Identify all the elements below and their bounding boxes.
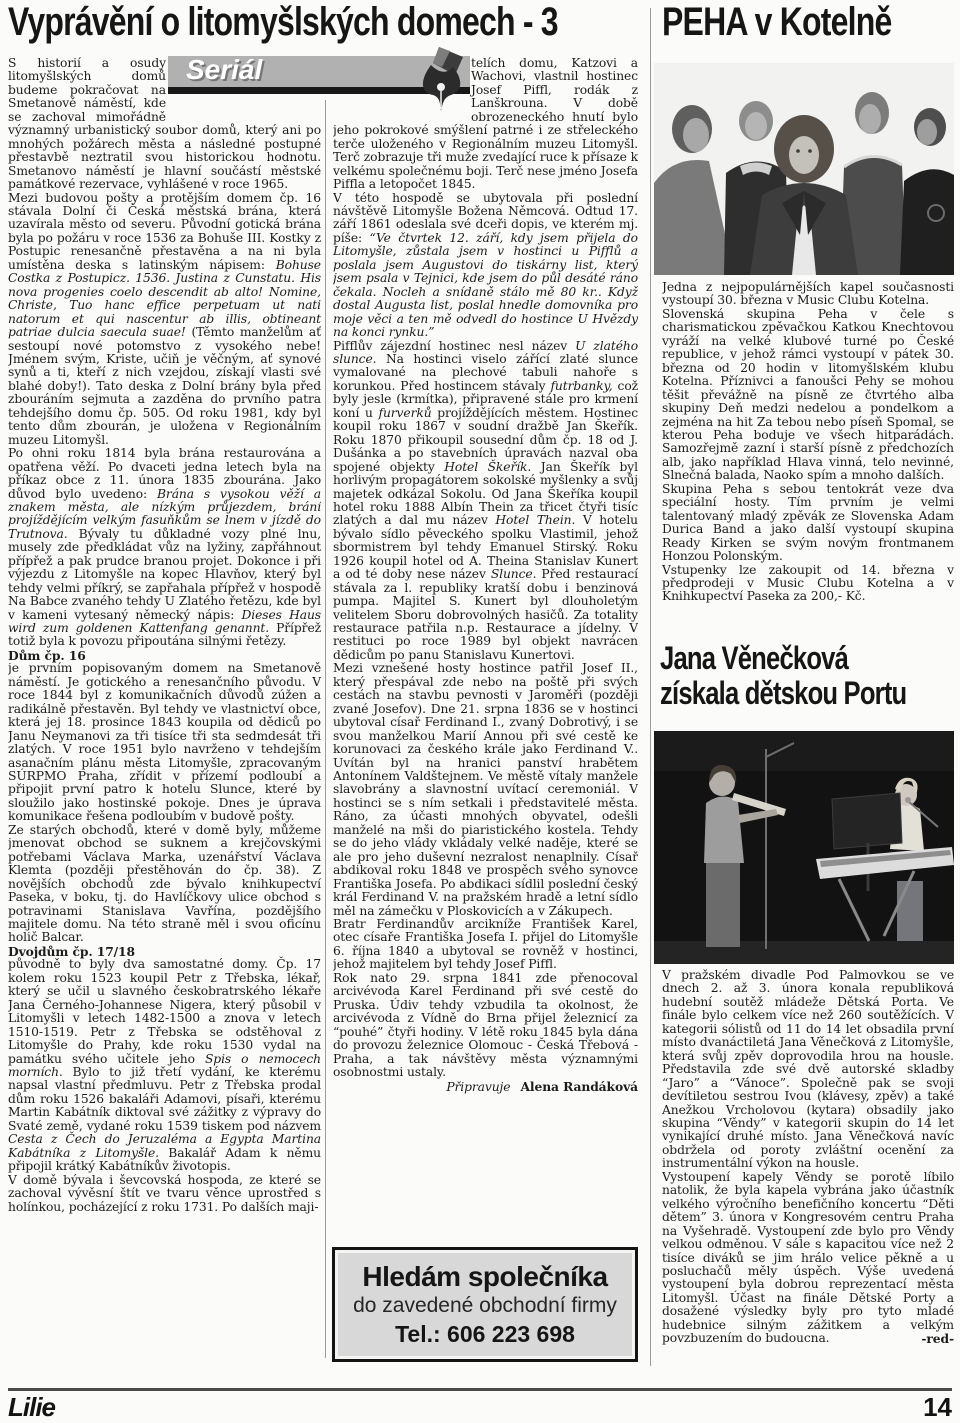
paragraph-p: Mezi budovou pošty a protějším domem čp.… <box>8 192 321 448</box>
footer-magazine-name: Lilie <box>8 1392 55 1423</box>
paragraph-p: Vstupenky lze zakoupit od 14. března v p… <box>662 564 954 604</box>
paragraph-p: Pifflův zájezdní hostinec nesl název U z… <box>333 340 638 663</box>
paragraph-p: původně to byly dva samostatné domy. Čp.… <box>8 958 321 1173</box>
porta-headline-line2: získala dětskou Portu <box>660 676 906 711</box>
ad-headline: Hledám společníka <box>335 1261 635 1293</box>
paragraph-p: V domě bývala i ševcovská hospoda, ze kt… <box>8 1174 321 1214</box>
paragraph-p: Bratr Ferdinandův arcikníže František Ka… <box>333 918 638 972</box>
article-porta-headline: Jana Věnečková získala dětskou Portu <box>660 641 960 711</box>
series-label: Seriál <box>186 54 262 86</box>
ad-phone-number: Tel.: 606 223 698 <box>335 1321 635 1348</box>
page-title-peha-text: PEHA v Kotelně <box>662 0 891 45</box>
classified-ad-box: Hledám společníka do zavedené obchodní f… <box>332 1247 638 1362</box>
column-divider-left <box>325 100 326 1358</box>
paragraph-p: Ze starých obchodů, které v domě byly, m… <box>8 824 321 945</box>
page-title-houses-text: Vyprávění o litomyšlských domech - 3 <box>8 0 558 45</box>
article-houses-left-column: S historií a osudy litomyšlských domů bu… <box>8 57 321 1359</box>
paragraph-p: Po ohni roku 1814 byla brána restaurován… <box>8 447 321 649</box>
article-peha-text: Jedna z nejpopulárnějších kapel současno… <box>662 281 954 633</box>
peha-band-photo <box>654 63 954 275</box>
paragraph-p: Jedna z nejpopulárnějších kapel současno… <box>662 281 954 308</box>
article-porta-text: V pražském divadle Pod Palmovkou se ve d… <box>662 969 954 1366</box>
fountain-pen-icon <box>409 45 473 117</box>
page-title-houses: Vyprávění o litomyšlských domech - 3 <box>8 0 695 45</box>
footer-page-number: 14 <box>923 1392 952 1423</box>
paragraph-byline: PřipravujeAlena Randáková <box>333 1080 638 1094</box>
column-divider-right <box>650 8 651 1366</box>
paragraph-p: Mezi vznešené hosty hostince patřil Jose… <box>333 662 638 918</box>
paragraph-p: Vystoupení kapely Věndy se porotě líbilo… <box>662 1171 954 1346</box>
paragraph-p: Skupina Peha s sebou tentokrát veze dva … <box>662 483 954 564</box>
article-houses-middle-column: telích domu, Katzovi a Wachovi, vlastnil… <box>333 57 638 1241</box>
porta-headline-line1: Jana Věnečková <box>660 641 848 676</box>
paragraph-p: V této hospodě se ubytovala při poslední… <box>333 192 638 340</box>
paragraph-p: je prvním popisovaným domem na Smetanově… <box>8 662 321 823</box>
paragraph-sub: Dům čp. 16 <box>8 649 321 662</box>
ad-subline: do zavedené obchodní firmy <box>335 1294 635 1318</box>
porta-performance-photo <box>654 731 954 964</box>
page-title-peha: PEHA v Kotelně <box>662 0 949 45</box>
newspaper-page: { "page": { "title_left": "Vyprávění o l… <box>0 0 960 1423</box>
paragraph-p: V pražském divadle Pod Palmovkou se ve d… <box>662 969 954 1171</box>
paragraph-p: Rok nato 29. srpna 1841 zde přenocoval a… <box>333 972 638 1080</box>
paragraph-p: Slovenská skupina Peha v čele s charisma… <box>662 308 954 483</box>
footer-rule <box>8 1388 952 1391</box>
